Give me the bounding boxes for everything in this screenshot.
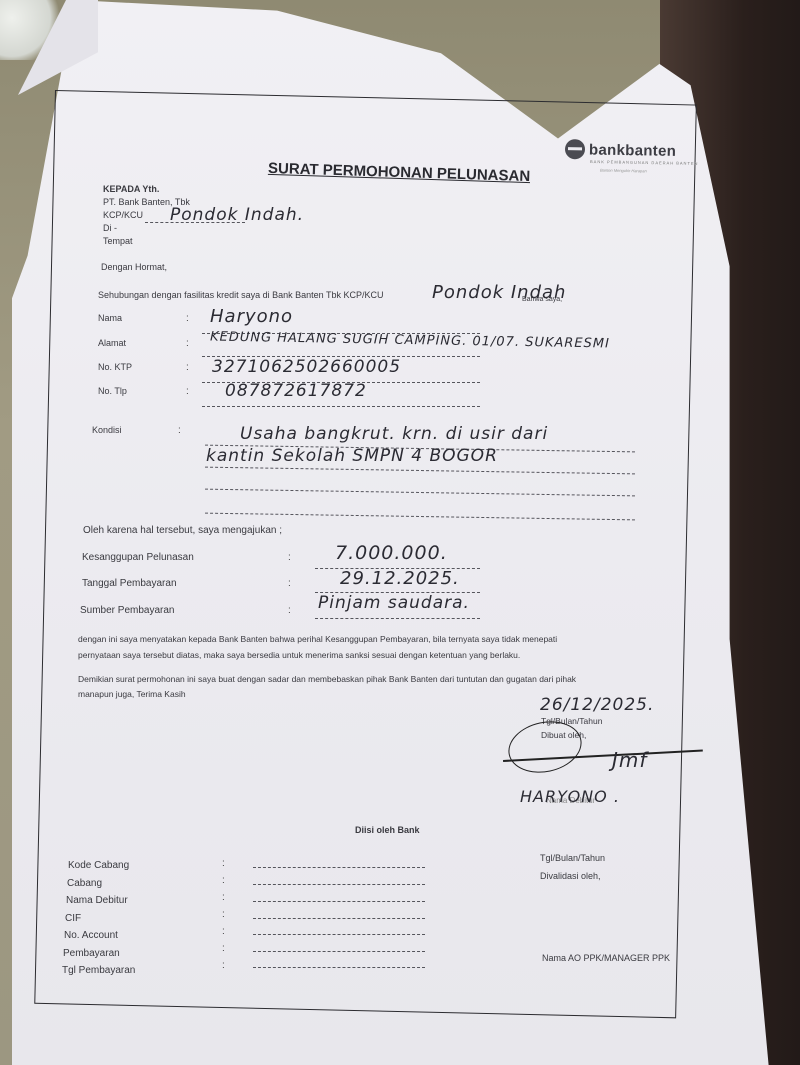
no-account-label: No. Account [64,930,118,941]
signature-date: 26/12/2025. [540,695,654,715]
intro-text: Sehubungan dengan fasilitas kredit saya … [98,290,384,300]
kcp-label: KCP/KCU [103,210,143,220]
tempat-label: Tempat [103,236,133,246]
nama-field: Haryono [210,306,293,327]
addressee-heading: KEPADA Yth. [103,184,159,194]
di-label: Di - [103,223,117,233]
tlp-field: 087872617872 [225,381,367,401]
request-intro: Oleh karena hal tersebut, saya mengajuka… [83,525,282,536]
tanggal-label: Tanggal Pembayaran [82,578,177,589]
sumber-field: Pinjam saudara. [318,593,470,613]
officer-label: Nama AO PPK/MANAGER PPK [542,953,670,963]
tlp-line [202,406,480,407]
kcp-value: Pondok Indah. [170,205,304,225]
tanggal-field: 29.12.2025. [340,568,460,589]
tlp-label: No. Tlp [98,386,127,396]
tgl-pembayaran-line [253,967,425,968]
bank-banten-logo-icon [565,139,585,159]
bank-date-label: Tgl/Bulan/Tahun [540,853,605,863]
greeting: Dengan Hormat, [101,262,167,272]
bank-section-heading: Diisi oleh Bank [355,825,420,835]
bank-logo: bankbanten [565,139,677,161]
kesanggupan-label: Kesanggupan Pelunasan [82,552,194,563]
kondisi-label: Kondisi [92,425,122,435]
nama-debitur-label: Nama Debitur [66,895,128,906]
cabang-label: Cabang [67,878,102,889]
signature-scribble: Jmf [612,748,647,772]
ktp-label: No. KTP [98,362,132,372]
kesanggupan-field: 7.000.000. [335,542,448,564]
validated-by-label: Divalidasi oleh, [540,871,601,881]
sumber-label: Sumber Pembayaran [80,605,175,616]
kondisi-text-2: kantin Sekolah SMPN 4 BOGOR [206,446,498,466]
cif-label: CIF [65,913,81,924]
nama-label: Nama [98,313,122,323]
sumber-line [315,618,480,619]
signer-name: HARYONO . [520,787,620,806]
bank-logo-tagline: Banten Mengukir Harapan [600,168,647,174]
alamat-label: Alamat [98,338,126,348]
statement-line-1: dengan ini saya menyatakan kepada Bank B… [78,634,557,644]
kondisi-text-1: Usaha bangkrut. krn. di usir dari [240,424,548,444]
nama-debitur-line [253,901,425,902]
closing-line-1: Demikian surat permohonan ini saya buat … [78,674,576,684]
kode-cabang-line [253,867,425,868]
cif-line [253,918,425,919]
kode-cabang-label: Kode Cabang [68,860,129,871]
intro-suffix: Bahwa saya, [522,296,562,303]
closing-line-2: manapun juga, Terima Kasih [78,689,186,699]
pembayaran-label: Pembayaran [63,948,120,959]
tgl-pembayaran-label: Tgl Pembayaran [62,965,135,976]
no-account-line [253,934,425,935]
bank-logo-text: bankbanten [589,141,676,160]
pembayaran-line [253,951,425,952]
statement-line-2: pernyataan saya tersebut diatas, maka sa… [78,650,520,660]
cabang-line [253,884,425,885]
ktp-field: 3271062502660005 [212,357,401,377]
